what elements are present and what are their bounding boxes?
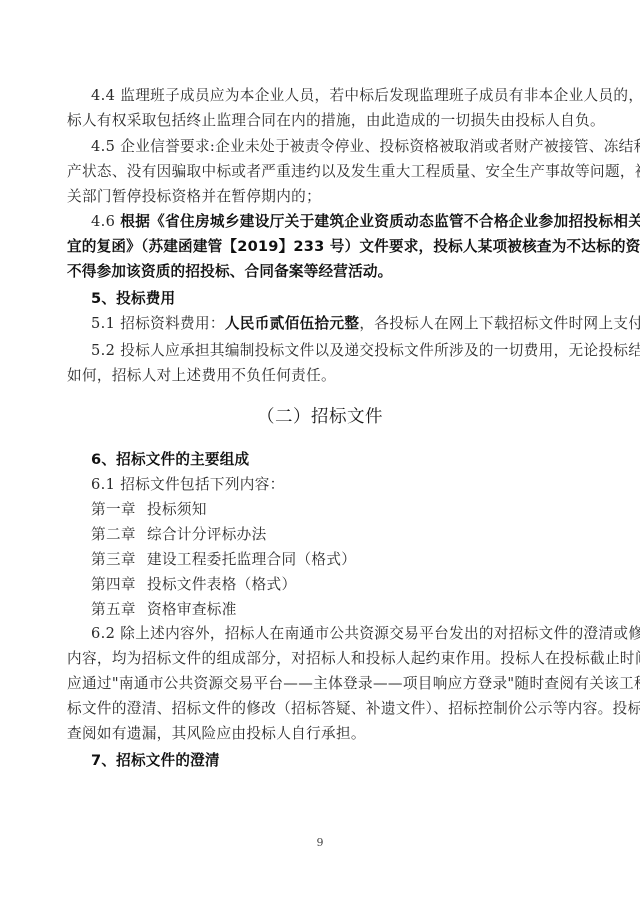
clause-4-5-line-1: 4.5 企业信誉要求:企业未处于被责令停业、投标资格被取消或者财产被接管、冻结和… <box>91 137 587 157</box>
clause-4-6-line-2: 宜的复函》（苏建函建管【2019】233 号）文件要求，投标人某项被核查为不达标… <box>67 237 587 257</box>
clause-5-1-suffix: ，各投标人在网上下载招标文件时网上支付。 <box>359 315 640 332</box>
fee-amount: 人民币贰佰伍拾元整 <box>225 315 360 332</box>
chapter-title: 投标须知 <box>147 501 207 518</box>
page-number: 9 <box>0 836 640 849</box>
section-title: （二）招标文件 <box>0 405 640 429</box>
clause-6-2-line-3: 应通过"南通市公共资源交易平台——主体登录——项目响应方登录"随时查阅有关该工程… <box>67 674 587 694</box>
chapter-item: 第一章投标须知 <box>91 500 587 520</box>
chapter-number: 第四章 <box>91 575 147 595</box>
chapter-title: 建设工程委托监理合同（格式） <box>147 551 356 568</box>
clause-4-6-number: 4.6 <box>91 213 120 230</box>
clause-4-6-text: 根据《省住房城乡建设厅关于建筑企业资质动态监管不合格企业参加招投标相关事 <box>120 213 640 230</box>
chapter-item: 第二章综合计分评标办法 <box>91 525 587 545</box>
heading-6: 6、招标文件的主要组成 <box>91 450 587 470</box>
chapter-number: 第三章 <box>91 550 147 570</box>
chapter-number: 第五章 <box>91 600 147 620</box>
clause-6-2-line-1: 6.2 除上述内容外，招标人在南通市公共资源交易平台发出的对招标文件的澄清或修改 <box>91 624 587 644</box>
document-page: 4.4 监理班子成员应为本企业人员，若中标后发现监理班子成员有非本企业人员的，招… <box>0 0 640 905</box>
clause-6-1: 6.1 招标文件包括下列内容： <box>91 475 587 495</box>
chapter-number: 第二章 <box>91 525 147 545</box>
clause-4-5-line-2: 产状态、没有因骗取中标或者严重违约以及发生重大工程质量、安全生产事故等问题，被有 <box>67 162 587 182</box>
clause-4-4-line-1: 4.4 监理班子成员应为本企业人员，若中标后发现监理班子成员有非本企业人员的，招 <box>91 86 587 106</box>
clause-4-6-line-1: 4.6 根据《省住房城乡建设厅关于建筑企业资质动态监管不合格企业参加招投标相关事 <box>91 212 587 232</box>
clause-5-2-line-1: 5.2 投标人应承担其编制投标文件以及递交投标文件所涉及的一切费用，无论投标结果 <box>91 341 587 361</box>
clause-5-2-line-2: 如何，招标人对上述费用不负任何责任。 <box>67 366 587 386</box>
clause-6-2-line-5: 查阅如有遗漏，其风险应由投标人自行承担。 <box>67 724 587 744</box>
clause-6-2-line-4: 标文件的澄清、招标文件的修改（招标答疑、补遗文件）、招标控制价公示等内容。投标人 <box>67 699 587 719</box>
clause-5-1-prefix: 5.1 招标资料费用： <box>91 315 225 332</box>
chapter-title: 投标文件表格（格式） <box>147 576 296 593</box>
clause-4-4-line-2: 标人有权采取包括终止监理合同在内的措施，由此造成的一切损失由投标人自负。 <box>67 111 587 131</box>
clause-5-1: 5.1 招标资料费用：人民币贰佰伍拾元整，各投标人在网上下载招标文件时网上支付。 <box>91 314 587 334</box>
heading-7: 7、招标文件的澄清 <box>91 751 587 771</box>
clause-4-5-line-3: 关部门暂停投标资格并在暂停期内的； <box>67 187 587 207</box>
chapter-item: 第三章建设工程委托监理合同（格式） <box>91 550 587 570</box>
clause-6-2-line-2: 内容，均为招标文件的组成部分，对招标人和投标人起约束作用。投标人在投标截止时间前… <box>67 649 587 669</box>
chapter-item: 第四章投标文件表格（格式） <box>91 575 587 595</box>
clause-4-6-line-3: 不得参加该资质的招投标、合同备案等经营活动。 <box>67 262 587 282</box>
chapter-number: 第一章 <box>91 500 147 520</box>
chapter-title: 综合计分评标办法 <box>147 526 267 543</box>
chapter-title: 资格审查标准 <box>147 601 237 618</box>
heading-5: 5、投标费用 <box>91 289 587 309</box>
chapter-item: 第五章资格审查标准 <box>91 600 587 620</box>
